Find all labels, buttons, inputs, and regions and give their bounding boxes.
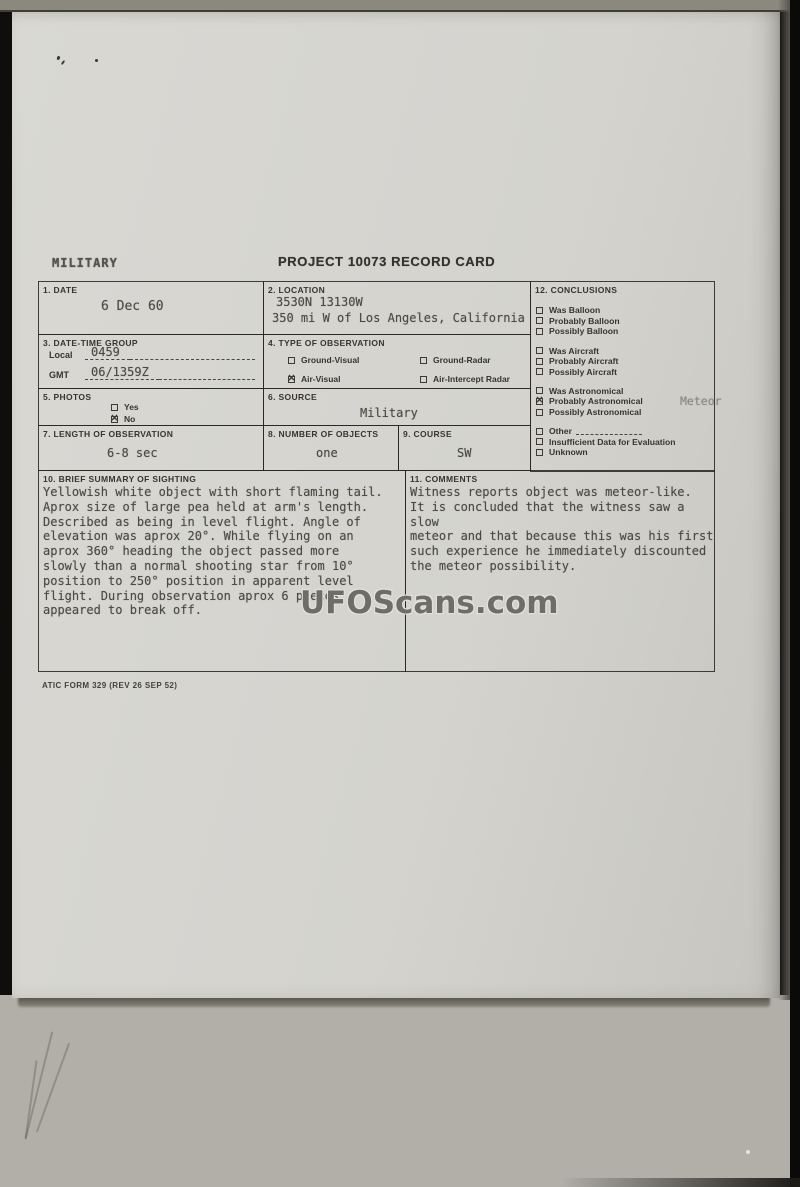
scan-right-shadow: [778, 0, 790, 1000]
scan-bottom-edge: [560, 1178, 800, 1187]
option-ground-visual: Ground-Visual: [288, 355, 359, 365]
checkbox-was-astronomical: [536, 387, 543, 394]
field-number-of-objects-label: 8. NUMBER OF OBJECTS: [264, 426, 398, 439]
gmt-time-row: GMT 06/1359Z: [49, 369, 255, 380]
conclusion-item: Possibly Aircraft: [536, 366, 734, 377]
field-comments-label: 11. COMMENTS: [406, 471, 714, 484]
form-number: ATIC FORM 329 (REV 26 SEP 52): [42, 681, 177, 690]
conclusion-label: Possibly Balloon: [549, 326, 618, 336]
field-date: 1. DATE 6 Dec 60: [38, 281, 264, 335]
field-length-of-observation-value: 6-8 sec: [107, 446, 158, 460]
field-course-label: 9. COURSE: [399, 426, 530, 439]
conclusion-item: Possibly Balloon: [536, 326, 734, 337]
checkbox-possibly-astronomical: [536, 409, 543, 416]
checkbox-air-intercept-radar: [420, 376, 427, 383]
conclusion-item: Possibly Astronomical: [536, 407, 734, 418]
conclusion-item: Probably Balloon: [536, 316, 734, 327]
field-location-description: 350 mi W of Los Angeles, California: [272, 311, 525, 325]
scanned-document: MILITARY PROJECT 10073 RECORD CARD 1. DA…: [0, 0, 800, 1187]
gmt-label: GMT: [49, 370, 85, 380]
checkbox-ground-visual: [288, 357, 295, 364]
conclusion-label: Possibly Astronomical: [549, 407, 641, 417]
dust-speck: [746, 1150, 750, 1154]
fill-in-line: [576, 428, 642, 435]
checkbox-probably-astronomical: [536, 398, 543, 405]
conclusion-item: Probably AstronomicalMeteor: [536, 396, 734, 407]
field-course: 9. COURSE SW: [398, 425, 531, 471]
conclusion-label: Probably Aircraft: [549, 356, 618, 366]
option-ground-radar: Ground-Radar: [420, 355, 491, 365]
conclusion-label: Possibly Aircraft: [549, 367, 617, 377]
conclusion-item: Unknown: [536, 447, 734, 458]
comments-text: Witness reports object was meteor-like. …: [406, 484, 714, 574]
watermark: UFOScans.com: [300, 585, 559, 621]
field-course-value: SW: [457, 446, 471, 460]
option-label: No: [124, 414, 135, 424]
scan-top-edge: [0, 0, 800, 12]
conclusion-item: Probably Aircraft: [536, 356, 734, 367]
conclusion-label: Insufficient Data for Evaluation: [549, 437, 676, 447]
option-label: Air-Visual: [301, 374, 341, 384]
field-brief-summary: 10. BRIEF SUMMARY OF SIGHTING Yellowish …: [38, 470, 406, 672]
conclusion-label: Unknown: [549, 447, 588, 457]
scanner-backing-sheet: [0, 995, 800, 1187]
checkbox-possibly-aircraft: [536, 368, 543, 375]
field-comments: 11. COMMENTS Witness reports object was …: [405, 470, 715, 672]
local-time-row: Local 0459: [49, 349, 255, 360]
ink-speck: [95, 59, 98, 62]
checkbox-was-balloon: [536, 307, 543, 314]
conclusion-label: Was Balloon: [549, 305, 600, 315]
checkbox-air-visual: [288, 376, 295, 383]
checkbox-possibly-balloon: [536, 328, 543, 335]
scan-right-edge: [790, 0, 800, 1187]
checkbox-unknown: [536, 449, 543, 456]
conclusion-item: Was Balloon: [536, 305, 734, 316]
option-air-visual: Air-Visual: [288, 374, 341, 384]
checkbox-photos-no: [111, 416, 118, 423]
field-date-label: 1. DATE: [39, 282, 263, 295]
field-brief-summary-label: 10. BRIEF SUMMARY OF SIGHTING: [39, 471, 405, 484]
classification-stamp: MILITARY: [52, 256, 118, 270]
option-photos-no: No: [111, 414, 135, 424]
conclusions-list: Was Balloon Probably Balloon Possibly Ba…: [536, 305, 734, 458]
checkbox-insufficient-data: [536, 438, 543, 445]
option-label: Yes: [124, 402, 139, 412]
field-date-value: 6 Dec 60: [101, 299, 164, 314]
conclusion-item: Was Aircraft: [536, 345, 734, 356]
option-air-intercept-radar: Air-Intercept Radar: [420, 374, 510, 384]
field-source-value: Military: [360, 406, 418, 420]
ink-speck: [56, 56, 60, 61]
field-location-coordinates: 3530N 13130W: [276, 295, 363, 309]
conclusion-label: Was Astronomical: [549, 386, 623, 396]
checkbox-probably-aircraft: [536, 358, 543, 365]
field-photos-label: 5. PHOTOS: [39, 389, 263, 402]
fill-in-line: [130, 359, 255, 360]
field-number-of-objects-value: one: [316, 446, 338, 460]
checkbox-probably-balloon: [536, 317, 543, 324]
ink-speck: [61, 60, 66, 65]
option-label: Ground-Visual: [301, 355, 359, 365]
local-value: 0459: [85, 345, 130, 360]
field-location-label: 2. LOCATION: [264, 282, 530, 295]
field-source: 6. SOURCE Military: [263, 388, 531, 426]
conclusion-label: Other: [549, 426, 572, 436]
conclusion-item: Insufficient Data for Evaluation: [536, 436, 734, 447]
conclusion-label: Probably Balloon: [549, 316, 620, 326]
field-conclusions-label: 12. CONCLUSIONS: [531, 282, 714, 295]
checkbox-ground-radar: [420, 357, 427, 364]
page-title: PROJECT 10073 RECORD CARD: [278, 254, 495, 269]
option-label: Air-Intercept Radar: [433, 374, 510, 384]
option-photos-yes: Yes: [111, 402, 139, 412]
checkbox-other: [536, 428, 543, 435]
field-length-of-observation-label: 7. LENGTH OF OBSERVATION: [39, 426, 263, 439]
field-conclusions: 12. CONCLUSIONS Was Balloon Probably Bal…: [530, 281, 715, 472]
field-source-label: 6. SOURCE: [264, 389, 530, 402]
local-label: Local: [49, 350, 85, 360]
checkbox-photos-yes: [111, 404, 118, 411]
field-location: 2. LOCATION 3530N 13130W 350 mi W of Los…: [263, 281, 531, 335]
checkbox-was-aircraft: [536, 347, 543, 354]
conclusion-label: Was Aircraft: [549, 346, 599, 356]
conclusion-item: Other: [536, 426, 734, 437]
field-date-time-group-label: 3. DATE-TIME GROUP: [39, 335, 263, 348]
record-card-page: MILITARY PROJECT 10073 RECORD CARD 1. DA…: [12, 8, 780, 998]
field-length-of-observation: 7. LENGTH OF OBSERVATION 6-8 sec: [38, 425, 264, 471]
conclusion-label: Probably Astronomical: [549, 396, 643, 406]
field-number-of-objects: 8. NUMBER OF OBJECTS one: [263, 425, 399, 471]
field-type-of-observation-label: 4. TYPE OF OBSERVATION: [264, 335, 530, 348]
field-type-of-observation: 4. TYPE OF OBSERVATION Ground-Visual Gro…: [263, 334, 531, 389]
gmt-value: 06/1359Z: [85, 365, 159, 380]
fill-in-line: [159, 379, 255, 380]
option-label: Ground-Radar: [433, 355, 491, 365]
field-date-time-group: 3. DATE-TIME GROUP Local 0459 GMT 06/135…: [38, 334, 264, 389]
field-photos: 5. PHOTOS Yes No: [38, 388, 264, 426]
